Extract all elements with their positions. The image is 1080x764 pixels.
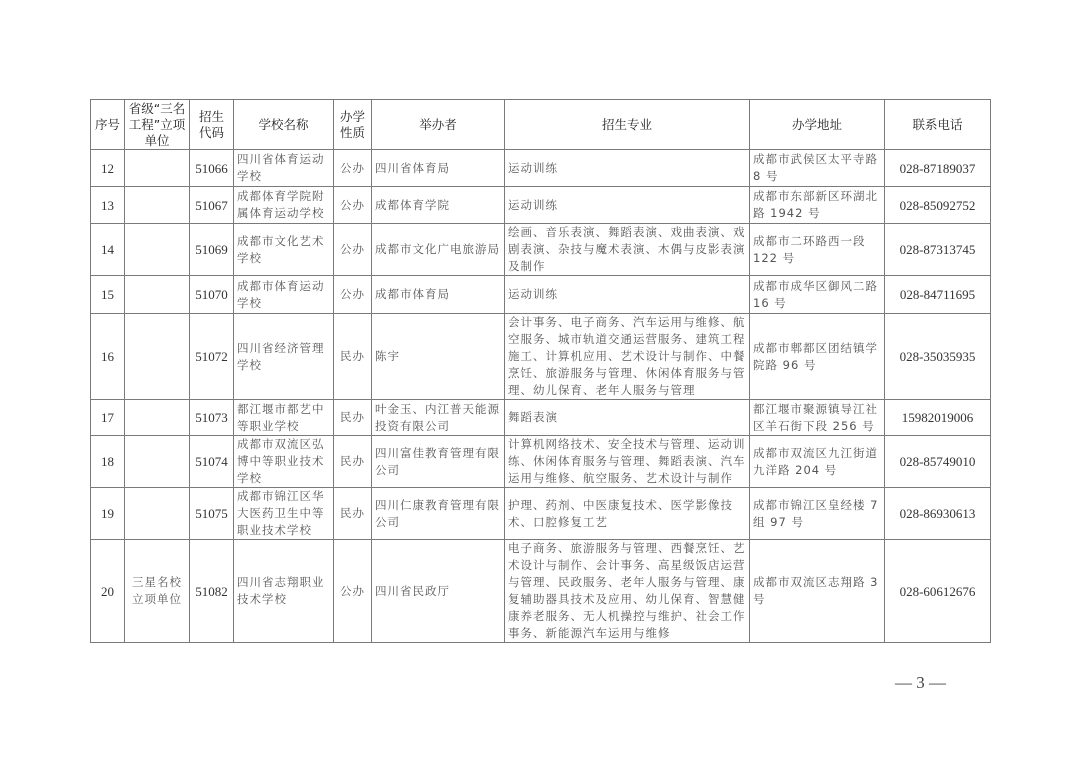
table-row: 17 51073 都江堰市都艺中等职业学校 民办 叶金玉、内江普天能源投资有限公…	[91, 400, 991, 436]
table-row: 13 51067 成都体育学院附属体育运动学校 公办 成都体育学院 运动训练 成…	[91, 187, 991, 224]
header-sponsor: 举办者	[372, 100, 505, 150]
header-address: 办学地址	[750, 100, 885, 150]
row-school: 成都市体育运动学校	[234, 276, 334, 314]
row-sponsor: 四川仁康教育管理有限公司	[372, 488, 505, 540]
row-address: 成都市锦江区皇经楼 7 组 97 号	[750, 488, 885, 540]
row-index: 15	[91, 276, 125, 314]
row-majors: 舞蹈表演	[505, 400, 750, 436]
row-majors: 运动训练	[505, 150, 750, 187]
header-provincial-unit: 省级“三名工程”立项单位	[125, 100, 190, 150]
row-phone: 028-60612676	[885, 540, 991, 643]
row-address: 都江堰市聚源镇导江社区羊石街下段 256 号	[750, 400, 885, 436]
row-phone: 15982019006	[885, 400, 991, 436]
row-school: 四川省体育运动学校	[234, 150, 334, 187]
row-sponsor: 四川省民政厅	[372, 540, 505, 643]
row-index: 18	[91, 436, 125, 488]
row-provincial-unit	[125, 224, 190, 276]
row-nature: 公办	[334, 187, 372, 224]
table-row: 14 51069 成都市文化艺术学校 公办 成都市文化广电旅游局 绘画、音乐表演…	[91, 224, 991, 276]
row-phone: 028-35035935	[885, 314, 991, 400]
row-majors: 会计事务、电子商务、汽车运用与维修、航空服务、城市轨道交通运营服务、建筑工程施工…	[505, 314, 750, 400]
row-majors: 电子商务、旅游服务与管理、西餐烹饪、艺术设计与制作、会计事务、高星级饭店运营与管…	[505, 540, 750, 643]
row-address: 成都市武侯区太平寺路 8 号	[750, 150, 885, 187]
row-phone: 028-87189037	[885, 150, 991, 187]
row-nature: 民办	[334, 436, 372, 488]
header-row: 序号 省级“三名工程”立项单位 招生代码 学校名称 办学性质 举办者 招生专业 …	[91, 100, 991, 150]
row-school: 成都体育学院附属体育运动学校	[234, 187, 334, 224]
row-address: 成都市东部新区环湖北路 1942 号	[750, 187, 885, 224]
row-provincial-unit	[125, 488, 190, 540]
row-code: 51072	[190, 314, 234, 400]
row-provincial-unit	[125, 436, 190, 488]
row-school: 成都市锦江区华大医药卫生中等职业技术学校	[234, 488, 334, 540]
row-majors: 运动训练	[505, 276, 750, 314]
row-provincial-unit	[125, 314, 190, 400]
page-number: — 3 —	[895, 673, 946, 693]
row-sponsor: 四川富佳教育管理有限公司	[372, 436, 505, 488]
row-majors: 护理、药剂、中医康复技术、医学影像技术、口腔修复工艺	[505, 488, 750, 540]
row-school: 成都市双流区弘博中等职业技术学校	[234, 436, 334, 488]
header-school-name: 学校名称	[234, 100, 334, 150]
row-index: 13	[91, 187, 125, 224]
row-majors: 计算机网络技术、安全技术与管理、运动训练、休闲体育服务与管理、舞蹈表演、汽车运用…	[505, 436, 750, 488]
header-phone: 联系电话	[885, 100, 991, 150]
table-row: 15 51070 成都市体育运动学校 公办 成都市体育局 运动训练 成都市成华区…	[91, 276, 991, 314]
table-row: 20 三星名校立项单位 51082 四川省志翔职业技术学校 公办 四川省民政厅 …	[91, 540, 991, 643]
row-phone: 028-85749010	[885, 436, 991, 488]
row-code: 51075	[190, 488, 234, 540]
row-nature: 民办	[334, 488, 372, 540]
row-sponsor: 成都市体育局	[372, 276, 505, 314]
row-phone: 028-85092752	[885, 187, 991, 224]
row-code: 51070	[190, 276, 234, 314]
row-address: 成都市成华区御风二路 16 号	[750, 276, 885, 314]
row-code: 51074	[190, 436, 234, 488]
table-row: 12 51066 四川省体育运动学校 公办 四川省体育局 运动训练 成都市武侯区…	[91, 150, 991, 187]
row-provincial-unit	[125, 276, 190, 314]
row-nature: 公办	[334, 150, 372, 187]
row-sponsor: 四川省体育局	[372, 150, 505, 187]
row-school: 四川省经济管理学校	[234, 314, 334, 400]
row-provincial-unit	[125, 150, 190, 187]
row-code: 51073	[190, 400, 234, 436]
table-row: 19 51075 成都市锦江区华大医药卫生中等职业技术学校 民办 四川仁康教育管…	[91, 488, 991, 540]
row-code: 51082	[190, 540, 234, 643]
row-index: 14	[91, 224, 125, 276]
row-school: 成都市文化艺术学校	[234, 224, 334, 276]
header-nature: 办学性质	[334, 100, 372, 150]
school-list-table: 序号 省级“三名工程”立项单位 招生代码 学校名称 办学性质 举办者 招生专业 …	[90, 99, 991, 643]
table-row: 16 51072 四川省经济管理学校 民办 陈宇 会计事务、电子商务、汽车运用与…	[91, 314, 991, 400]
row-majors: 运动训练	[505, 187, 750, 224]
row-address: 成都市二环路西一段 122 号	[750, 224, 885, 276]
row-majors: 绘画、音乐表演、舞蹈表演、戏曲表演、戏剧表演、杂技与魔术表演、木偶与皮影表演及制…	[505, 224, 750, 276]
row-code: 51067	[190, 187, 234, 224]
row-address: 成都市双流区志翔路 3 号	[750, 540, 885, 643]
row-nature: 公办	[334, 276, 372, 314]
row-index: 16	[91, 314, 125, 400]
row-index: 12	[91, 150, 125, 187]
table-row: 18 51074 成都市双流区弘博中等职业技术学校 民办 四川富佳教育管理有限公…	[91, 436, 991, 488]
header-majors: 招生专业	[505, 100, 750, 150]
row-index: 19	[91, 488, 125, 540]
row-sponsor: 成都市文化广电旅游局	[372, 224, 505, 276]
row-sponsor: 陈宇	[372, 314, 505, 400]
row-provincial-unit: 三星名校立项单位	[125, 540, 190, 643]
header-enroll-code: 招生代码	[190, 100, 234, 150]
row-nature: 民办	[334, 400, 372, 436]
row-school: 四川省志翔职业技术学校	[234, 540, 334, 643]
row-school: 都江堰市都艺中等职业学校	[234, 400, 334, 436]
row-provincial-unit	[125, 187, 190, 224]
row-address: 成都市郫都区团结镇学院路 96 号	[750, 314, 885, 400]
row-sponsor: 成都体育学院	[372, 187, 505, 224]
row-sponsor: 叶金玉、内江普天能源投资有限公司	[372, 400, 505, 436]
row-code: 51069	[190, 224, 234, 276]
row-phone: 028-84711695	[885, 276, 991, 314]
row-phone: 028-86930613	[885, 488, 991, 540]
row-index: 20	[91, 540, 125, 643]
row-phone: 028-87313745	[885, 224, 991, 276]
row-address: 成都市双流区九江街道九洋路 204 号	[750, 436, 885, 488]
row-code: 51066	[190, 150, 234, 187]
row-nature: 公办	[334, 224, 372, 276]
row-provincial-unit	[125, 400, 190, 436]
row-nature: 公办	[334, 540, 372, 643]
row-index: 17	[91, 400, 125, 436]
row-nature: 民办	[334, 314, 372, 400]
header-index: 序号	[91, 100, 125, 150]
